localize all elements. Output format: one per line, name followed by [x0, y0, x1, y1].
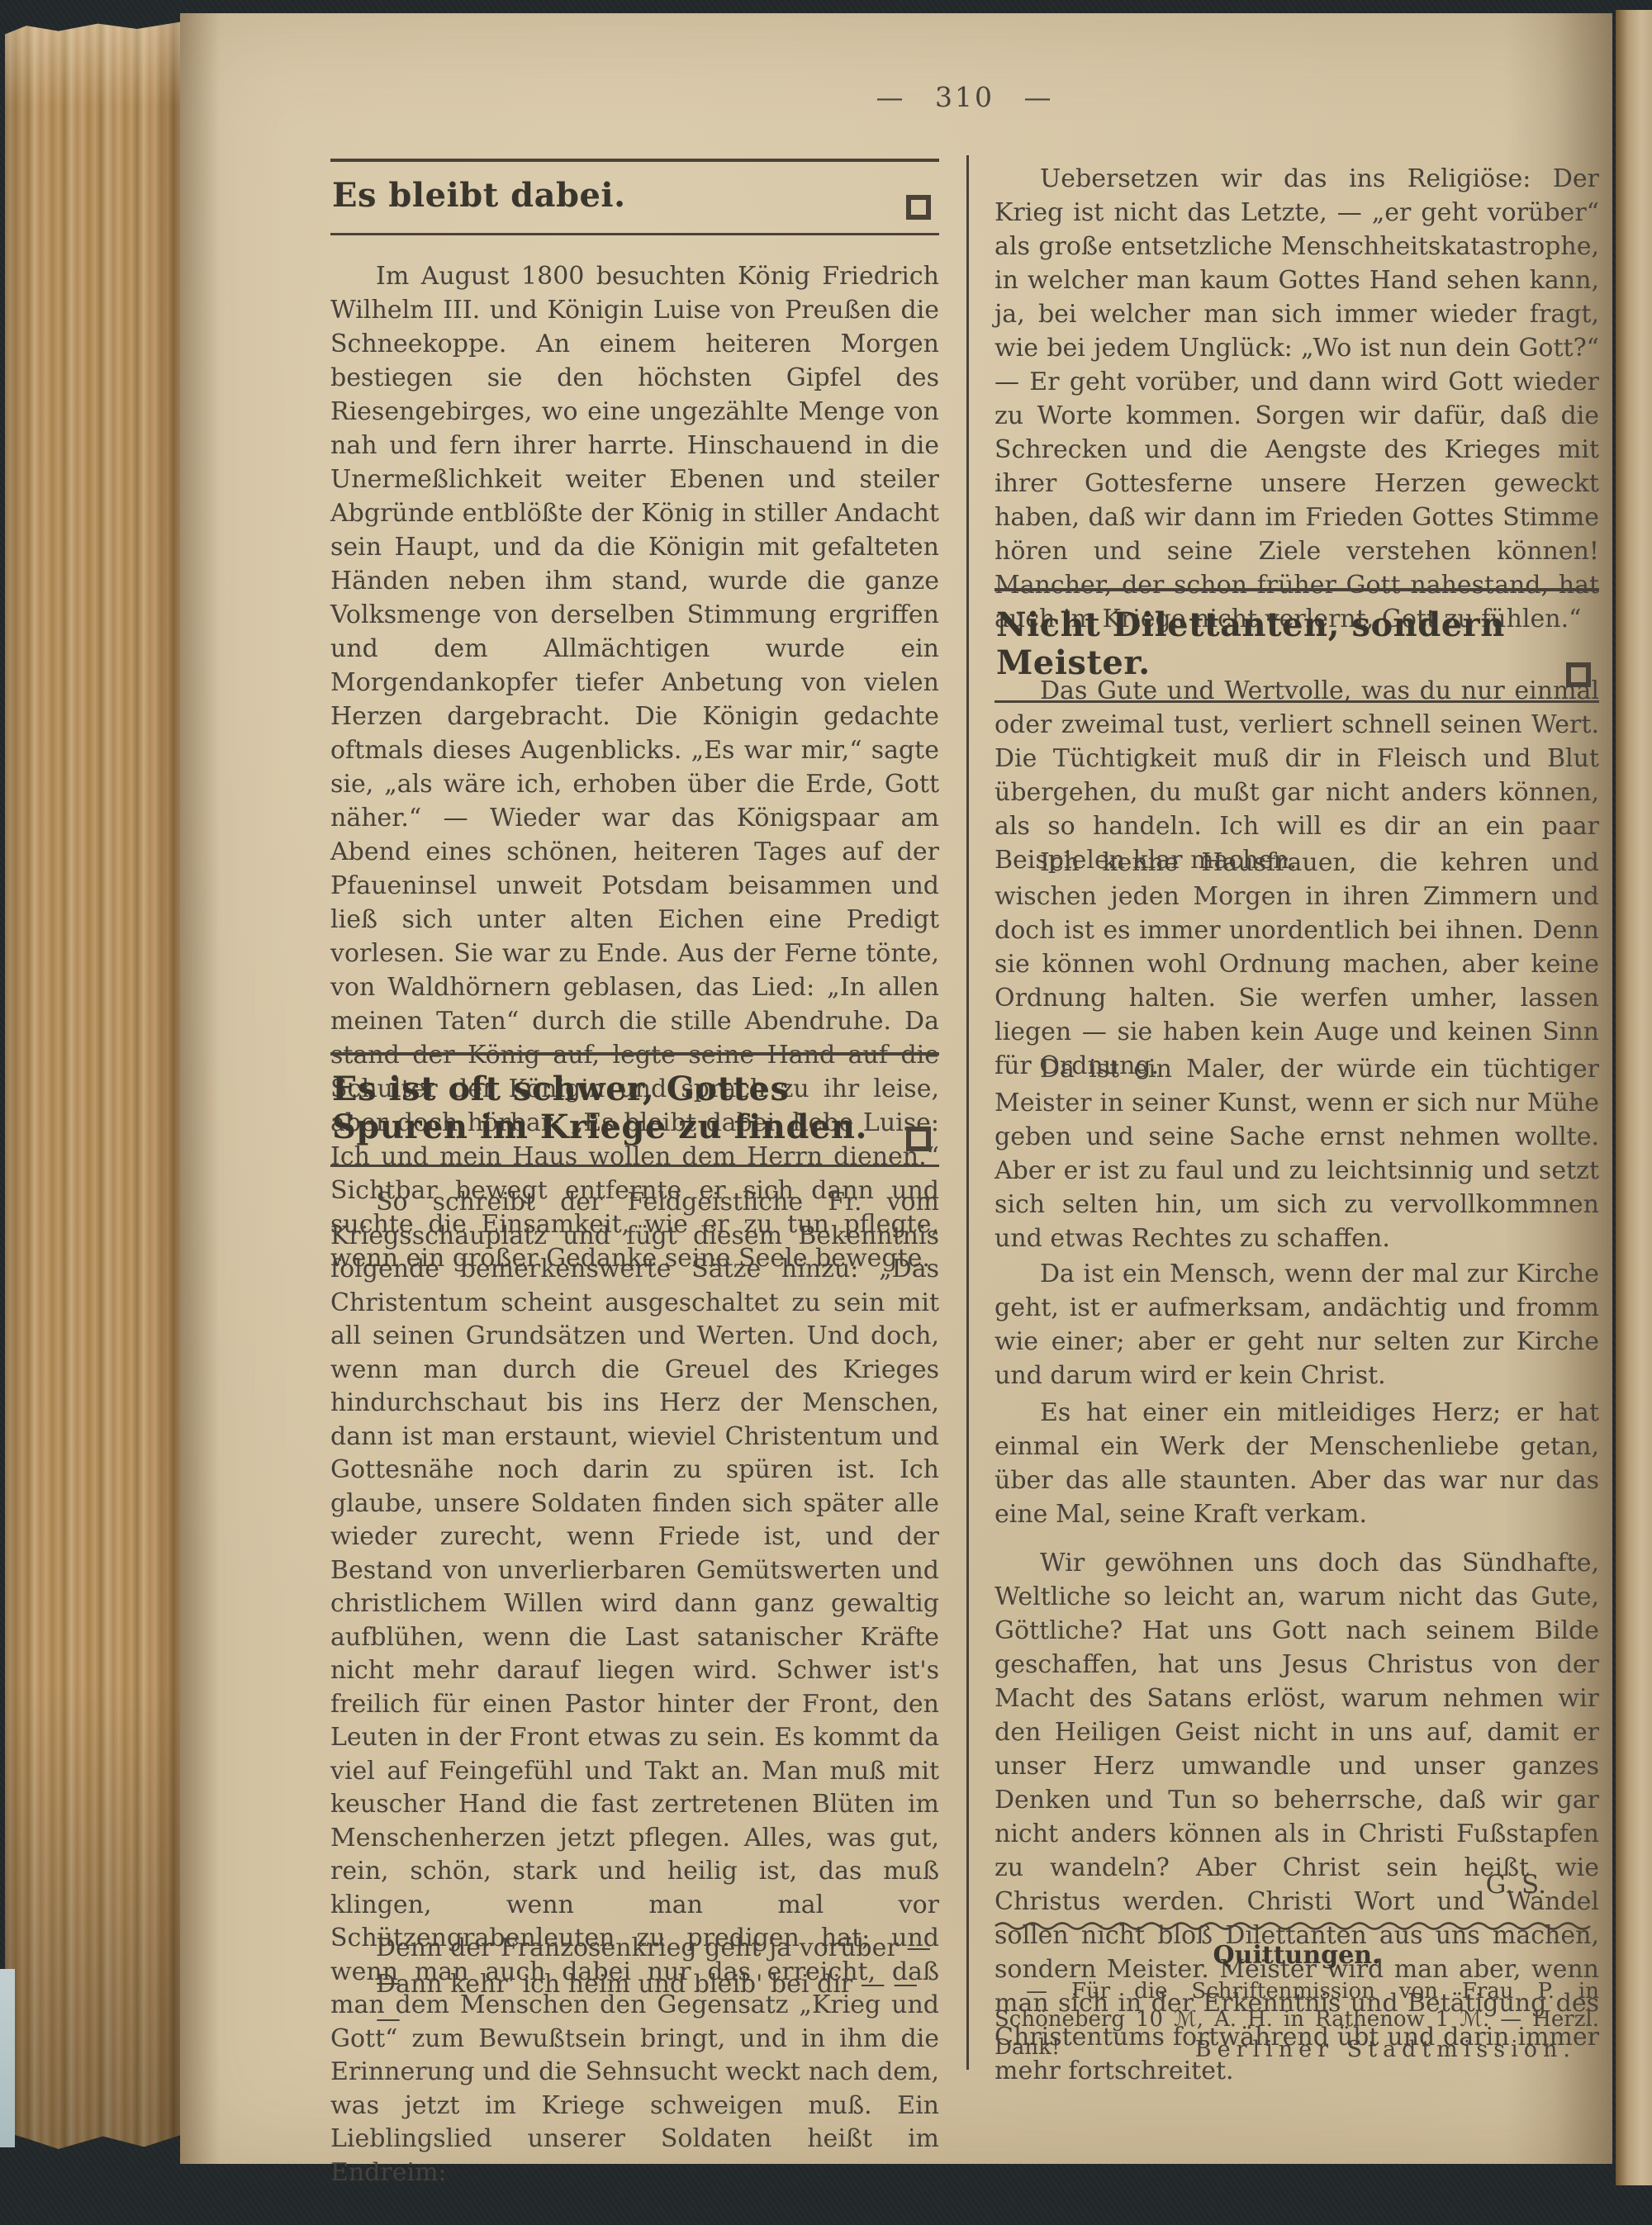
article3-title: Nicht Dilettanten, sondern Meister. — [996, 606, 1593, 682]
article2-heading-box: Es ist oft schwer, Gottes Spuren im Krie… — [330, 1052, 939, 1167]
article3-paragraph: Da ist ein Maler, der würde ein tüchtige… — [995, 1052, 1599, 1255]
left-column: Es bleibt dabei. Im August 1800 besuchte… — [330, 13, 939, 2164]
next-page-edge — [1616, 10, 1652, 2185]
article3-signature: G. S. — [995, 1870, 1599, 1900]
article2-body: So schreibt der Feldgeistliche Fr. vom K… — [330, 1186, 939, 2189]
quittungen-signature: Berliner Stadtmission. — [995, 2037, 1599, 2062]
book-fore-edge-pages — [5, 21, 183, 2149]
soldier-song-line-2: Dann kehr' ich heim und bleib' bei dir —… — [330, 1967, 939, 2037]
article1-title: Es bleibt dabei. — [332, 177, 933, 215]
column-divider-rule — [966, 155, 969, 2070]
article3-paragraph: Es hat einer ein mitleidiges Herz; er ha… — [995, 1396, 1599, 1531]
article1-heading-box: Es bleibt dabei. — [330, 159, 939, 235]
end-of-heading-square-icon — [906, 195, 931, 220]
quittungen-title: Quittungen. — [995, 1941, 1599, 1970]
article2-continuation: Uebersetzen wir das ins Religiöse: Der K… — [995, 162, 1599, 636]
wavy-divider-rule — [995, 1919, 1599, 1931]
article3-paragraph: Da ist ein Mensch, wenn der mal zur Kirc… — [995, 1257, 1599, 1392]
end-of-heading-square-icon — [906, 1127, 931, 1151]
article3-paragraph: Ich kenne Hausfrauen, die kehren und wis… — [995, 846, 1599, 1083]
scanned-page: — 310 — Es bleibt dabei. Im August 1800 … — [180, 13, 1612, 2164]
table-surface-sliver — [0, 1969, 15, 2147]
article2-title: Es ist oft schwer, Gottes Spuren im Krie… — [332, 1070, 933, 1146]
right-column: Uebersetzen wir das ins Religiöse: Der K… — [995, 13, 1599, 2164]
